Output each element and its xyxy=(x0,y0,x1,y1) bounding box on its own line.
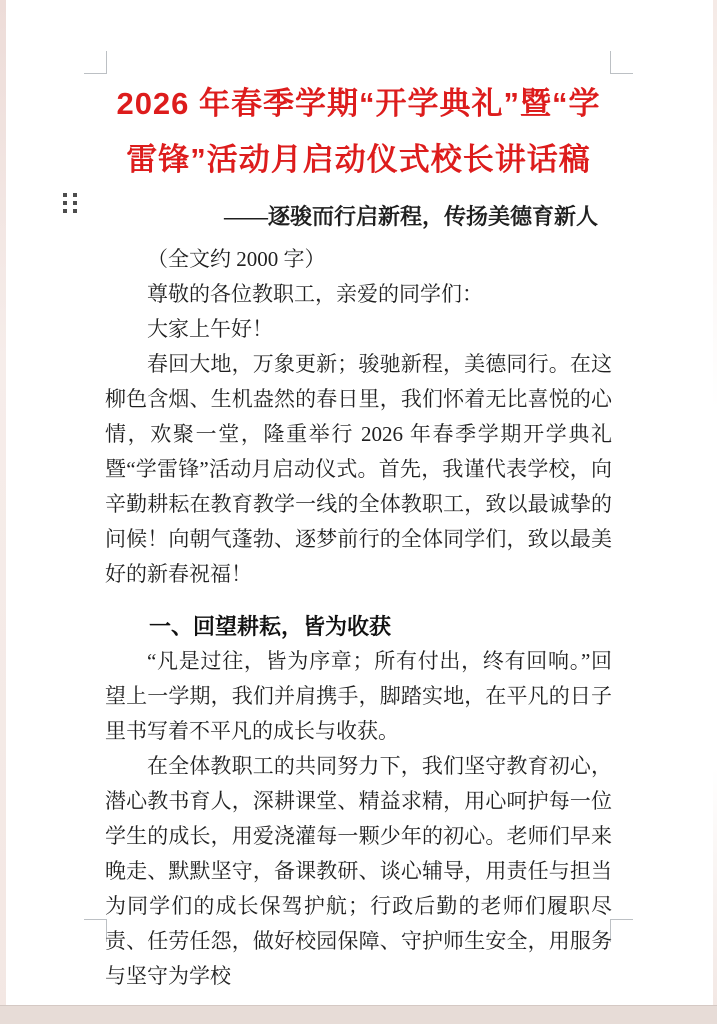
document-page: 2026 年春季学期“开学典礼”暨“学雷锋”活动月启动仪式校长讲话稿 ——逐骏而… xyxy=(0,0,717,1024)
section1-heading: 一、回望耕耘，皆为收获 xyxy=(105,609,612,644)
text-boundary-mark-top-right-icon xyxy=(610,51,633,74)
section1-paragraph-2: 在全体教职工的共同努力下，我们坚守教育初心，潜心教书育人，深耕课堂、精益求精，用… xyxy=(105,749,612,994)
intro-paragraph: 春回大地，万象更新；骏驰新程，美德同行。在这柳色含烟、生机盎然的春日里，我们怀着… xyxy=(105,347,612,592)
page-bottom-edge xyxy=(0,1005,717,1024)
drag-handle-icon[interactable] xyxy=(63,193,77,213)
page-left-edge xyxy=(0,0,6,1024)
greeting-line: 大家上午好！ xyxy=(105,312,612,347)
word-count-note: （全文约 2000 字） xyxy=(105,242,612,277)
text-boundary-mark-bottom-left-icon xyxy=(84,919,107,942)
text-boundary-mark-top-left-icon xyxy=(84,51,107,74)
page-right-edge xyxy=(713,0,717,1024)
text-boundary-mark-bottom-right-icon xyxy=(610,919,633,942)
salutation-line: 尊敬的各位教职工，亲爱的同学们： xyxy=(105,277,612,312)
document-body: 2026 年春季学期“开学典礼”暨“学雷锋”活动月启动仪式校长讲话稿 ——逐骏而… xyxy=(105,0,612,994)
document-subtitle: ——逐骏而行启新程，传扬美德育新人 xyxy=(105,202,598,232)
section1-paragraph-1: “凡是过往，皆为序章；所有付出，终有回响。”回望上一学期，我们并肩携手，脚踏实地… xyxy=(105,644,612,749)
document-title: 2026 年春季学期“开学典礼”暨“学雷锋”活动月启动仪式校长讲话稿 xyxy=(105,76,612,188)
